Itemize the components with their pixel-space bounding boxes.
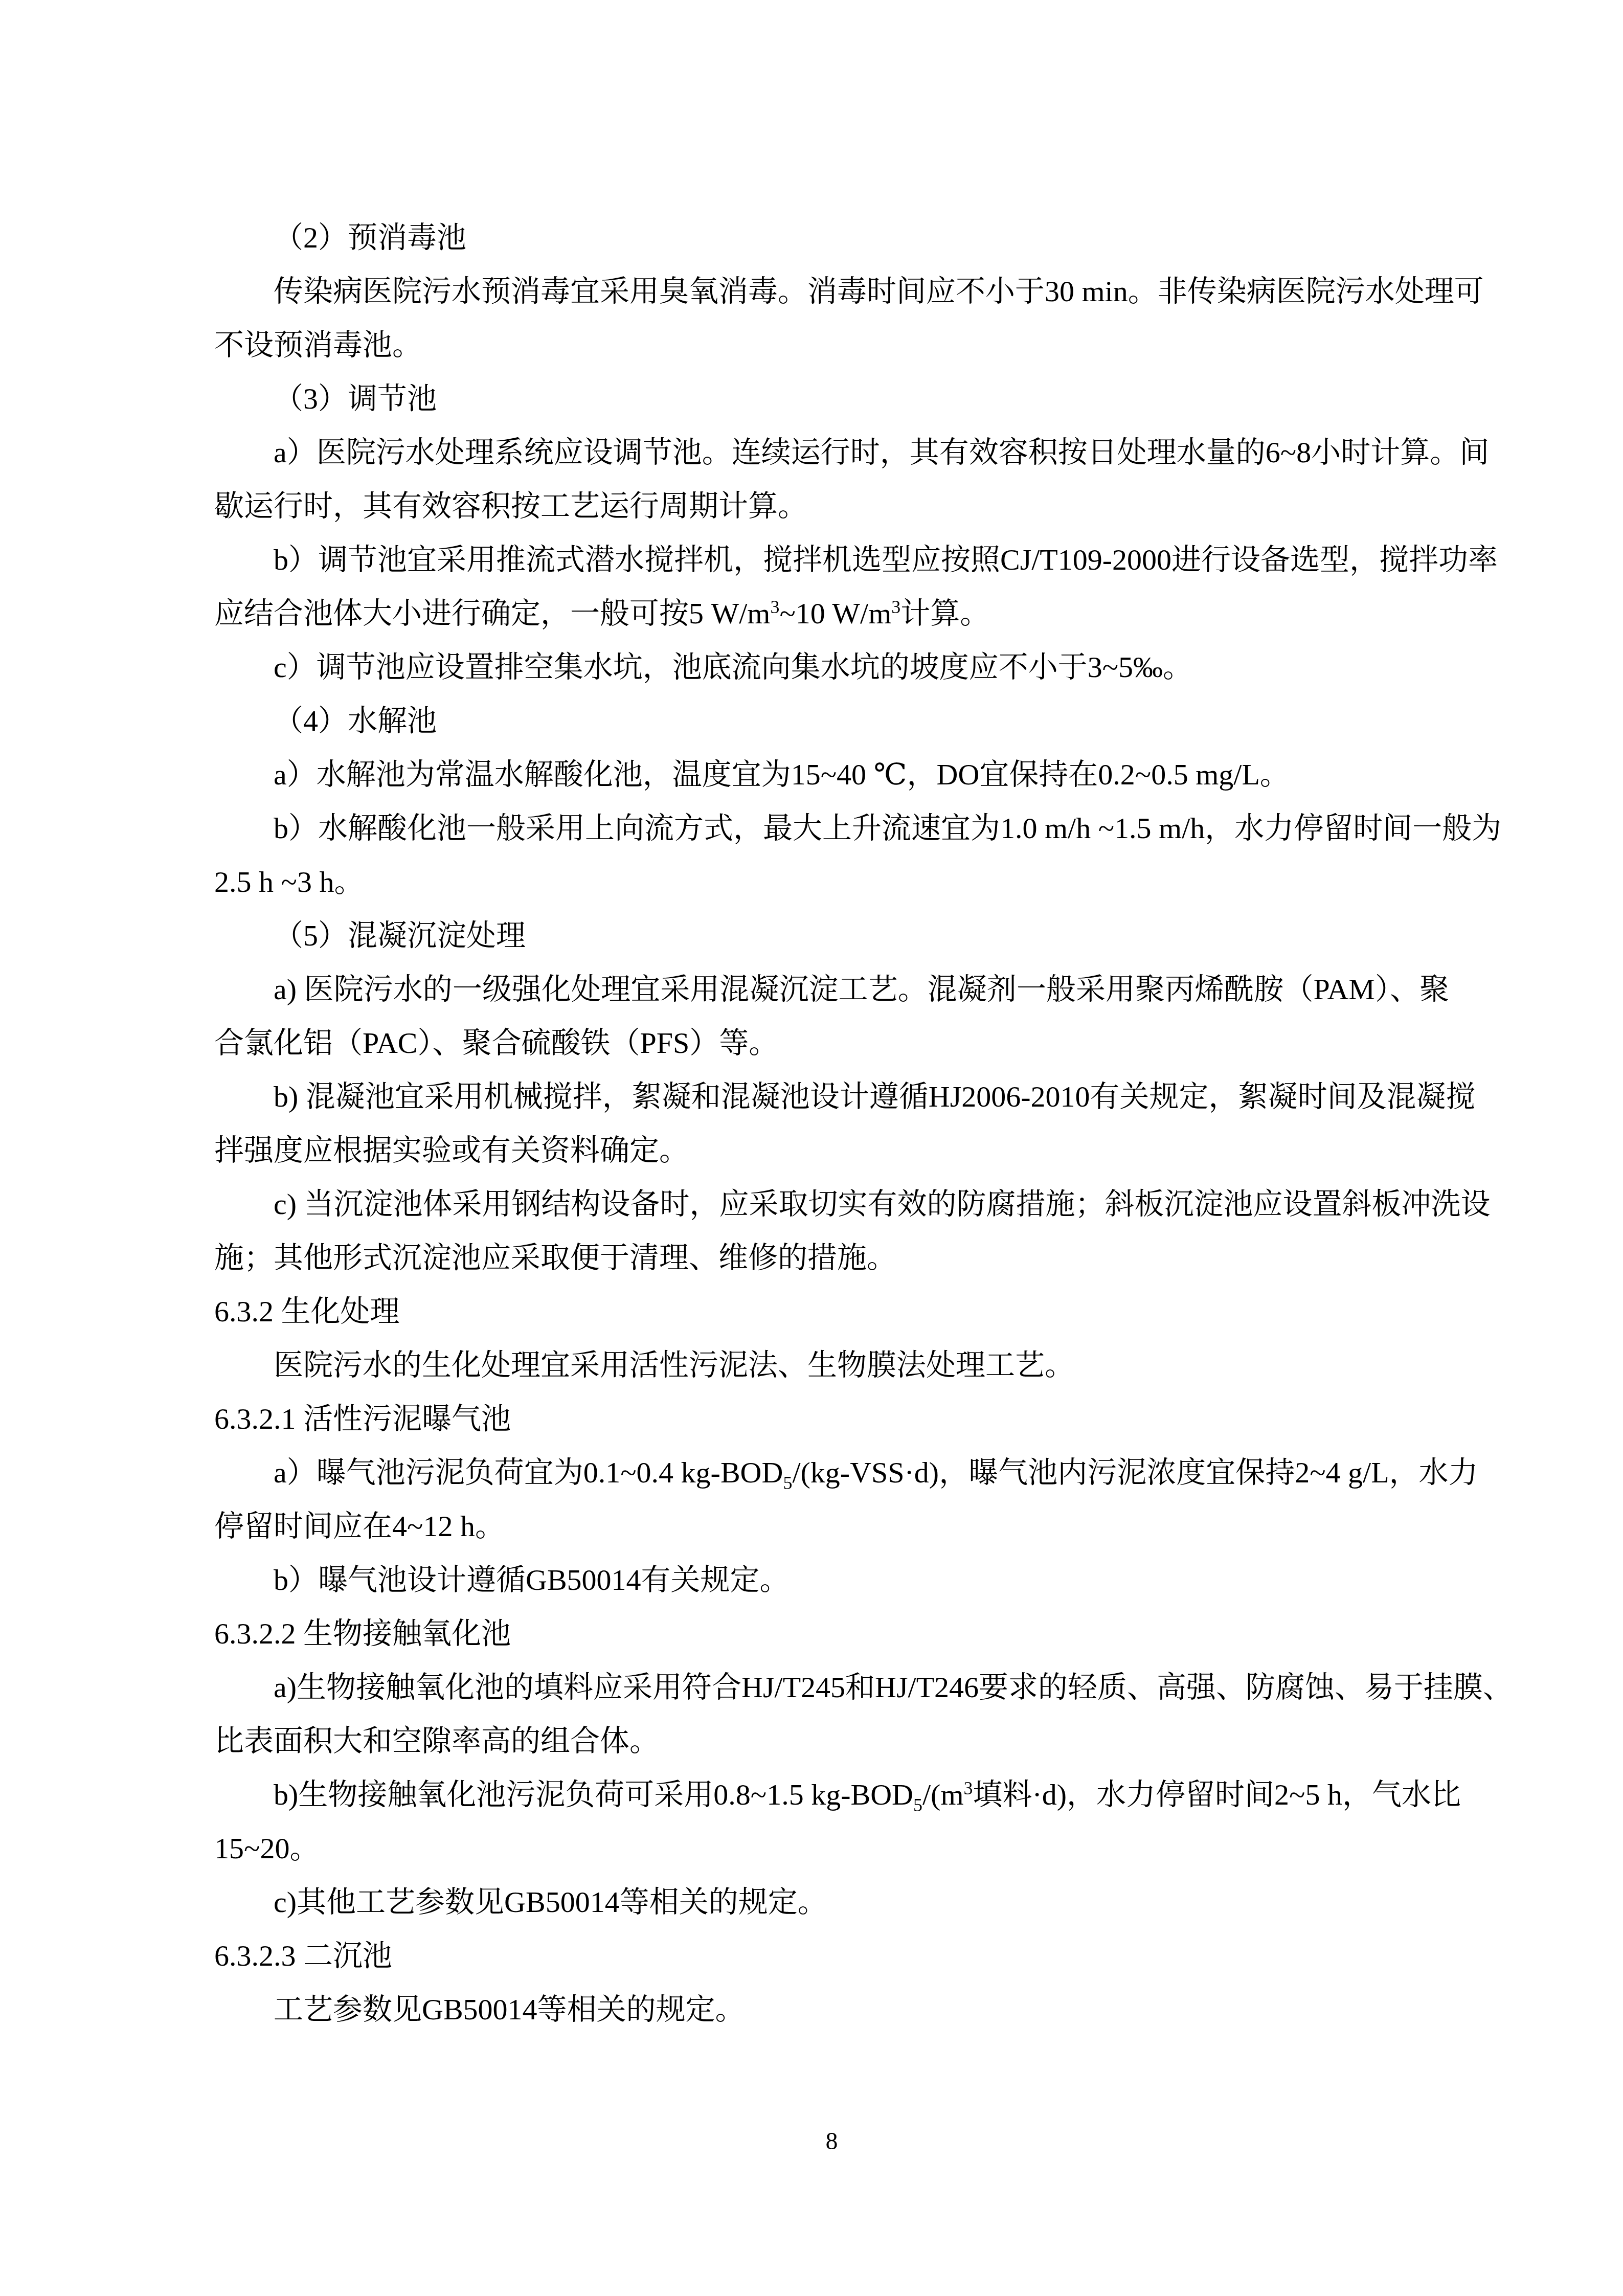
body-line: a) 医院污水的一级强化处理宜采用混凝沉淀工艺。混凝剂一般采用聚丙烯酰胺（PAM… — [214, 962, 1449, 1016]
page-footer: 8 — [214, 2126, 1449, 2157]
list-item: （4）水解池 — [214, 694, 1449, 748]
body-line: 歇运行时，其有效容积按工艺运行周期计算。 — [214, 479, 1449, 533]
body-line: 停留时间应在4~12 h。 — [214, 1499, 1449, 1553]
section-heading: 6.3.2.2 生物接触氧化池 — [214, 1607, 1449, 1660]
section-heading: 6.3.2.1 活性污泥曝气池 — [214, 1392, 1449, 1446]
body-line: 合氯化铝（PAC）、聚合硫酸铁（PFS）等。 — [214, 1016, 1449, 1070]
body-line: b）调节池宜采用推流式潜水搅拌机，搅拌机选型应按照CJ/T109-2000进行设… — [214, 533, 1449, 587]
body-line: 医院污水的生化处理宜采用活性污泥法、生物膜法处理工艺。 — [214, 1338, 1449, 1392]
body-line: 施；其他形式沉淀池应采取便于清理、维修的措施。 — [214, 1231, 1449, 1285]
body-line: 传染病医院污水预消毒宜采用臭氧消毒。消毒时间应不小于30 min。非传染病医院污… — [214, 264, 1449, 318]
body-line: a）曝气池污泥负荷宜为0.1~0.4 kg-BOD5/(kg-VSS·d)，曝气… — [214, 1446, 1449, 1499]
body-line: 比表面积大和空隙率高的组合体。 — [214, 1714, 1449, 1768]
body-line: 不设预消毒池。 — [214, 318, 1449, 372]
body-line: c)其他工艺参数见GB50014等相关的规定。 — [214, 1875, 1449, 1929]
body-line: a）水解池为常温水解酸化池，温度宜为15~40 ℃，DO宜保持在0.2~0.5 … — [214, 748, 1449, 801]
body-line: 15~20。 — [214, 1821, 1449, 1875]
body-line: c) 当沉淀池体采用钢结构设备时，应采取切实有效的防腐措施；斜板沉淀池应设置斜板… — [214, 1177, 1449, 1231]
body-line: b）曝气池设计遵循GB50014有关规定。 — [214, 1553, 1449, 1607]
section-heading: 6.3.2.3 二沉池 — [214, 1929, 1449, 1983]
body-line: 2.5 h ~3 h。 — [214, 855, 1449, 909]
section-heading: 6.3.2 生化处理 — [214, 1285, 1449, 1338]
list-item: （3）调节池 — [214, 372, 1449, 425]
body-line: b)生物接触氧化池污泥负荷可采用0.8~1.5 kg-BOD5/(m3填料·d)… — [214, 1768, 1449, 1821]
body-line: 应结合池体大小进行确定，一般可按5 W/m3~10 W/m3计算。 — [214, 587, 1449, 640]
body-line: b) 混凝池宜采用机械搅拌，絮凝和混凝池设计遵循HJ2006-2010有关规定，… — [214, 1070, 1449, 1123]
document-lines: （2）预消毒池传染病医院污水预消毒宜采用臭氧消毒。消毒时间应不小于30 min。… — [214, 211, 1449, 2036]
body-line: a)生物接触氧化池的填料应采用符合HJ/T245和HJ/T246要求的轻质、高强… — [214, 1660, 1449, 1714]
body-line: c）调节池应设置排空集水坑，池底流向集水坑的坡度应不小于3~5‰。 — [214, 640, 1449, 694]
document-page: （2）预消毒池传染病医院污水预消毒宜采用臭氧消毒。消毒时间应不小于30 min。… — [0, 0, 1623, 2296]
body-line: 工艺参数见GB50014等相关的规定。 — [214, 1983, 1449, 2036]
list-item: （2）预消毒池 — [214, 211, 1449, 264]
page-number: 8 — [826, 2128, 838, 2155]
body-line: 拌强度应根据实验或有关资料确定。 — [214, 1123, 1449, 1177]
body-line: a）医院污水处理系统应设调节池。连续运行时，其有效容积按日处理水量的6~8小时计… — [214, 425, 1449, 479]
body-line: b）水解酸化池一般采用上向流方式，最大上升流速宜为1.0 m/h ~1.5 m/… — [214, 801, 1449, 855]
list-item: （5）混凝沉淀处理 — [214, 909, 1449, 962]
